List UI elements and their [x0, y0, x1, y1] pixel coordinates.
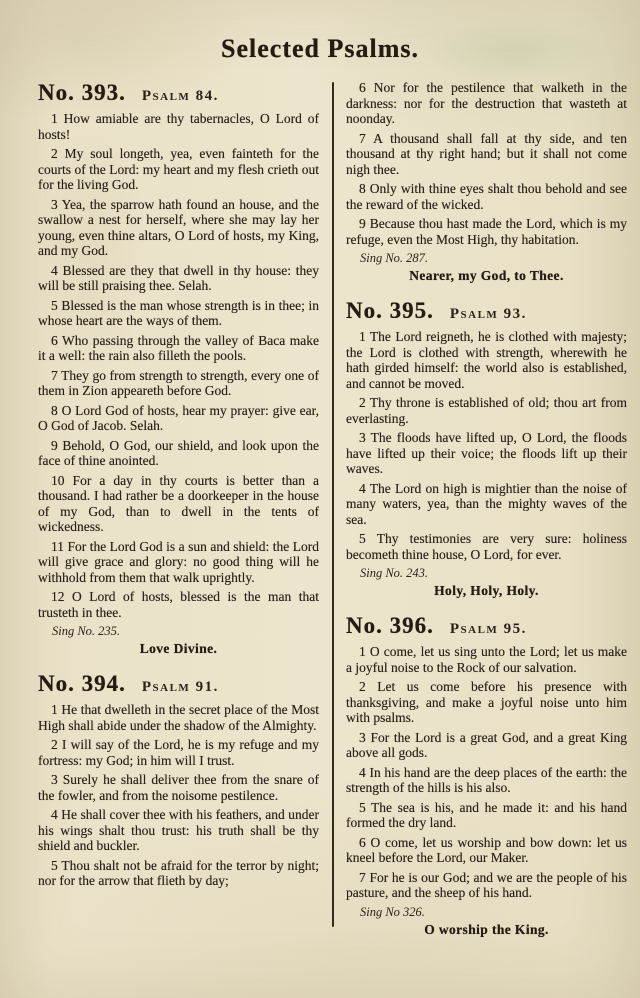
psalm-verse: 1 How amiable are thy tabernacles, O Lor…: [38, 111, 319, 142]
sing-reference: Sing No. 235.: [38, 624, 319, 639]
psalm-number: No. 395.: [346, 298, 434, 323]
psalm-verse: 2 Let us come before his presence with t…: [346, 679, 627, 726]
psalm-number: No. 393.: [38, 80, 126, 105]
psalm-title: Psalm 84.: [142, 88, 219, 104]
song-title: Holy, Holy, Holy.: [346, 583, 627, 599]
psalm-number: No. 396.: [346, 613, 434, 638]
psalm-title: Psalm 93.: [450, 306, 527, 322]
psalm-verse: 7 For he is our God; and we are the peop…: [346, 870, 627, 901]
psalm-verse: 8 Only with thine eyes shalt thou behold…: [346, 181, 627, 212]
psalm-verse: 1 The Lord reigneth, he is clothed with …: [346, 329, 627, 391]
left-column: No. 393.Psalm 84.1 How amiable are thy t…: [38, 80, 319, 945]
psalm-verse: 6 O come, let us worship and bow down: l…: [346, 835, 627, 866]
song-title: Love Divine.: [38, 641, 319, 657]
sing-reference: Sing No 326.: [346, 905, 627, 920]
psalm-heading: No. 396.Psalm 95.: [346, 613, 627, 639]
psalm-verse: 11 For the Lord God is a sun and shield:…: [38, 539, 319, 586]
psalm-verse: 5 Blessed is the man whose strength is i…: [38, 298, 319, 329]
psalm-section: No. 394.Psalm 91.1 He that dwelleth in t…: [38, 671, 319, 889]
psalm-number: No. 394.: [38, 671, 126, 696]
psalm-heading: No. 393.Psalm 84.: [38, 80, 319, 106]
psalm-section: No. 393.Psalm 84.1 How amiable are thy t…: [38, 80, 319, 657]
hymnal-page: Selected Psalms. No. 393.Psalm 84.1 How …: [0, 0, 640, 998]
psalm-verse: 6 Nor for the pestilence that walketh in…: [346, 80, 627, 127]
psalm-verse: 3 For the Lord is a great God, and a gre…: [346, 730, 627, 761]
psalm-heading: No. 394.Psalm 91.: [38, 671, 319, 697]
psalm-verse: 9 Behold, O God, our shield, and look up…: [38, 438, 319, 469]
right-column: 6 Nor for the pestilence that walketh in…: [346, 80, 627, 945]
psalm-verse: 7 A thousand shall fall at thy side, and…: [346, 131, 627, 178]
psalm-verse: 2 I will say of the Lord, he is my refug…: [38, 737, 319, 768]
psalm-verse: 4 He shall cover thee with his feathers,…: [38, 807, 319, 854]
psalm-verse: 6 Who passing through the valley of Baca…: [38, 333, 319, 364]
psalm-section: No. 395.Psalm 93.1 The Lord reigneth, he…: [346, 298, 627, 599]
psalm-title: Psalm 95.: [450, 621, 527, 637]
psalm-verse: 2 Thy throne is established of old; thou…: [346, 395, 627, 426]
psalm-verse: 1 O come, let us sing unto the Lord; let…: [346, 644, 627, 675]
psalm-verse: 1 He that dwelleth in the secret place o…: [38, 702, 319, 733]
sing-reference: Sing No. 243.: [346, 566, 627, 581]
psalm-title: Psalm 91.: [142, 679, 219, 695]
psalm-verse: 4 In his hand are the deep places of the…: [346, 765, 627, 796]
column-divider: [332, 82, 334, 927]
sing-reference: Sing No. 287.: [346, 251, 627, 266]
psalm-verse: 3 Yea, the sparrow hath found an house, …: [38, 197, 319, 259]
psalm-verse: 8 O Lord God of hosts, hear my prayer: g…: [38, 403, 319, 434]
page-title: Selected Psalms.: [0, 0, 640, 64]
psalm-verse: 3 Surely he shall deliver thee from the …: [38, 772, 319, 803]
psalm-verse: 4 The Lord on high is mightier than the …: [346, 481, 627, 528]
song-title: O worship the King.: [346, 922, 627, 938]
psalm-verse: 9 Because thou hast made the Lord, which…: [346, 216, 627, 247]
columns: No. 393.Psalm 84.1 How amiable are thy t…: [0, 80, 640, 945]
psalm-verse: 5 The sea is his, and he made it: and hi…: [346, 800, 627, 831]
psalm-verse: 2 My soul longeth, yea, even fainteth fo…: [38, 146, 319, 193]
psalm-section: No. 396.Psalm 95.1 O come, let us sing u…: [346, 613, 627, 938]
psalm-verse: 5 Thou shalt not be afraid for the terro…: [38, 858, 319, 889]
psalm-verse: 5 Thy testimonies are very sure: holines…: [346, 531, 627, 562]
psalm-verse: 12 O Lord of hosts, blessed is the man t…: [38, 589, 319, 620]
psalm-verse: 4 Blessed are they that dwell in thy hou…: [38, 263, 319, 294]
psalm-section: 6 Nor for the pestilence that walketh in…: [346, 80, 627, 284]
psalm-heading: No. 395.Psalm 93.: [346, 298, 627, 324]
song-title: Nearer, my God, to Thee.: [346, 268, 627, 284]
psalm-verse: 3 The floods have lifted up, O Lord, the…: [346, 430, 627, 477]
psalm-verse: 7 They go from strength to strength, eve…: [38, 368, 319, 399]
psalm-verse: 10 For a day in thy courts is better tha…: [38, 473, 319, 535]
